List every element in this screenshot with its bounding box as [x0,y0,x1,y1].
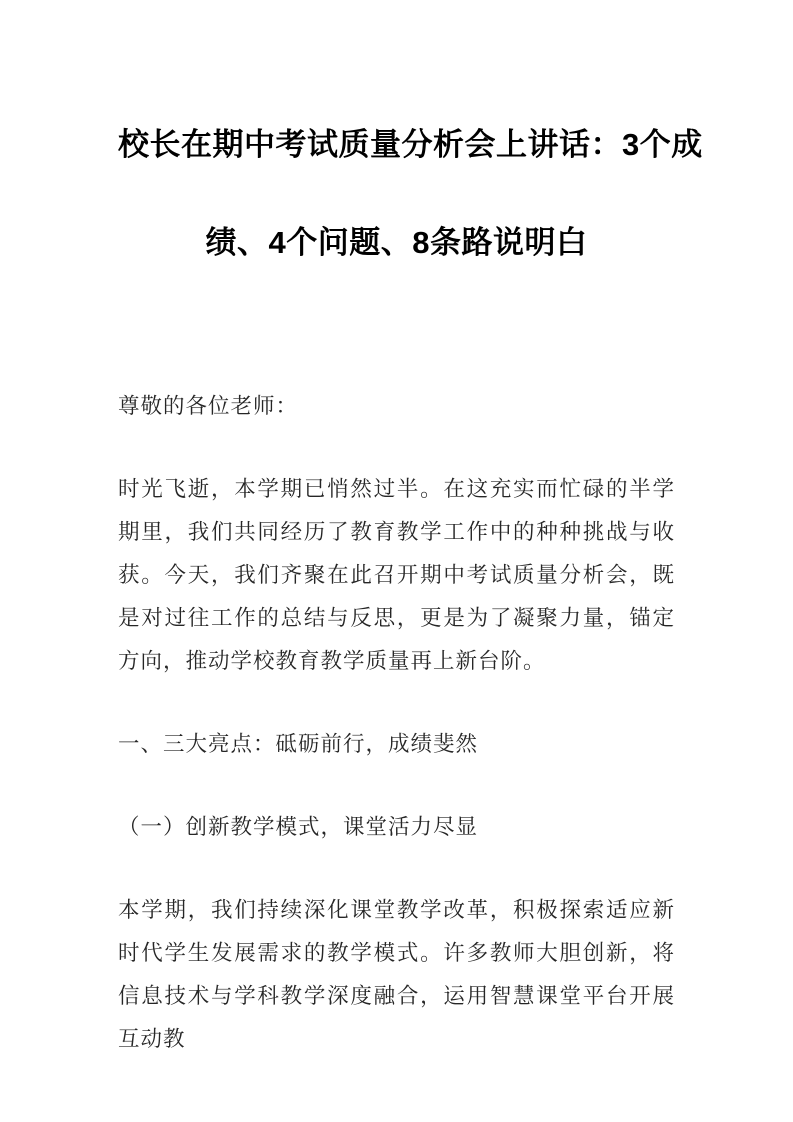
paragraph: 本学期，我们持续深化课堂教学改革，积极探索适应新时代学生发展需求的教学模式。许多… [118,889,675,1061]
document-title-line-1: 校长在期中考试质量分析会上讲话：3个成 [118,96,675,194]
document-page: 校长在期中考试质量分析会上讲话：3个成 绩、4个问题、8条路说明白 尊敬的各位老… [0,0,793,1122]
document-title: 校长在期中考试质量分析会上讲话：3个成 绩、4个问题、8条路说明白 [118,96,675,292]
salutation: 尊敬的各位老师： [118,385,675,428]
document-content: 校长在期中考试质量分析会上讲话：3个成 绩、4个问题、8条路说明白 尊敬的各位老… [118,96,675,1061]
document-title-line-2: 绩、4个问题、8条路说明白 [118,194,675,292]
paragraph: 时光飞逝，本学期已悄然过半。在这充实而忙碌的半学期里，我们共同经历了教育教学工作… [118,468,675,683]
heading1: 一、三大亮点：砥砺前行，成绩斐然 [118,723,675,766]
document-body: 尊敬的各位老师：时光飞逝，本学期已悄然过半。在这充实而忙碌的半学期里，我们共同经… [118,385,675,1061]
heading2: （一）创新教学模式，课堂活力尽显 [118,806,675,849]
